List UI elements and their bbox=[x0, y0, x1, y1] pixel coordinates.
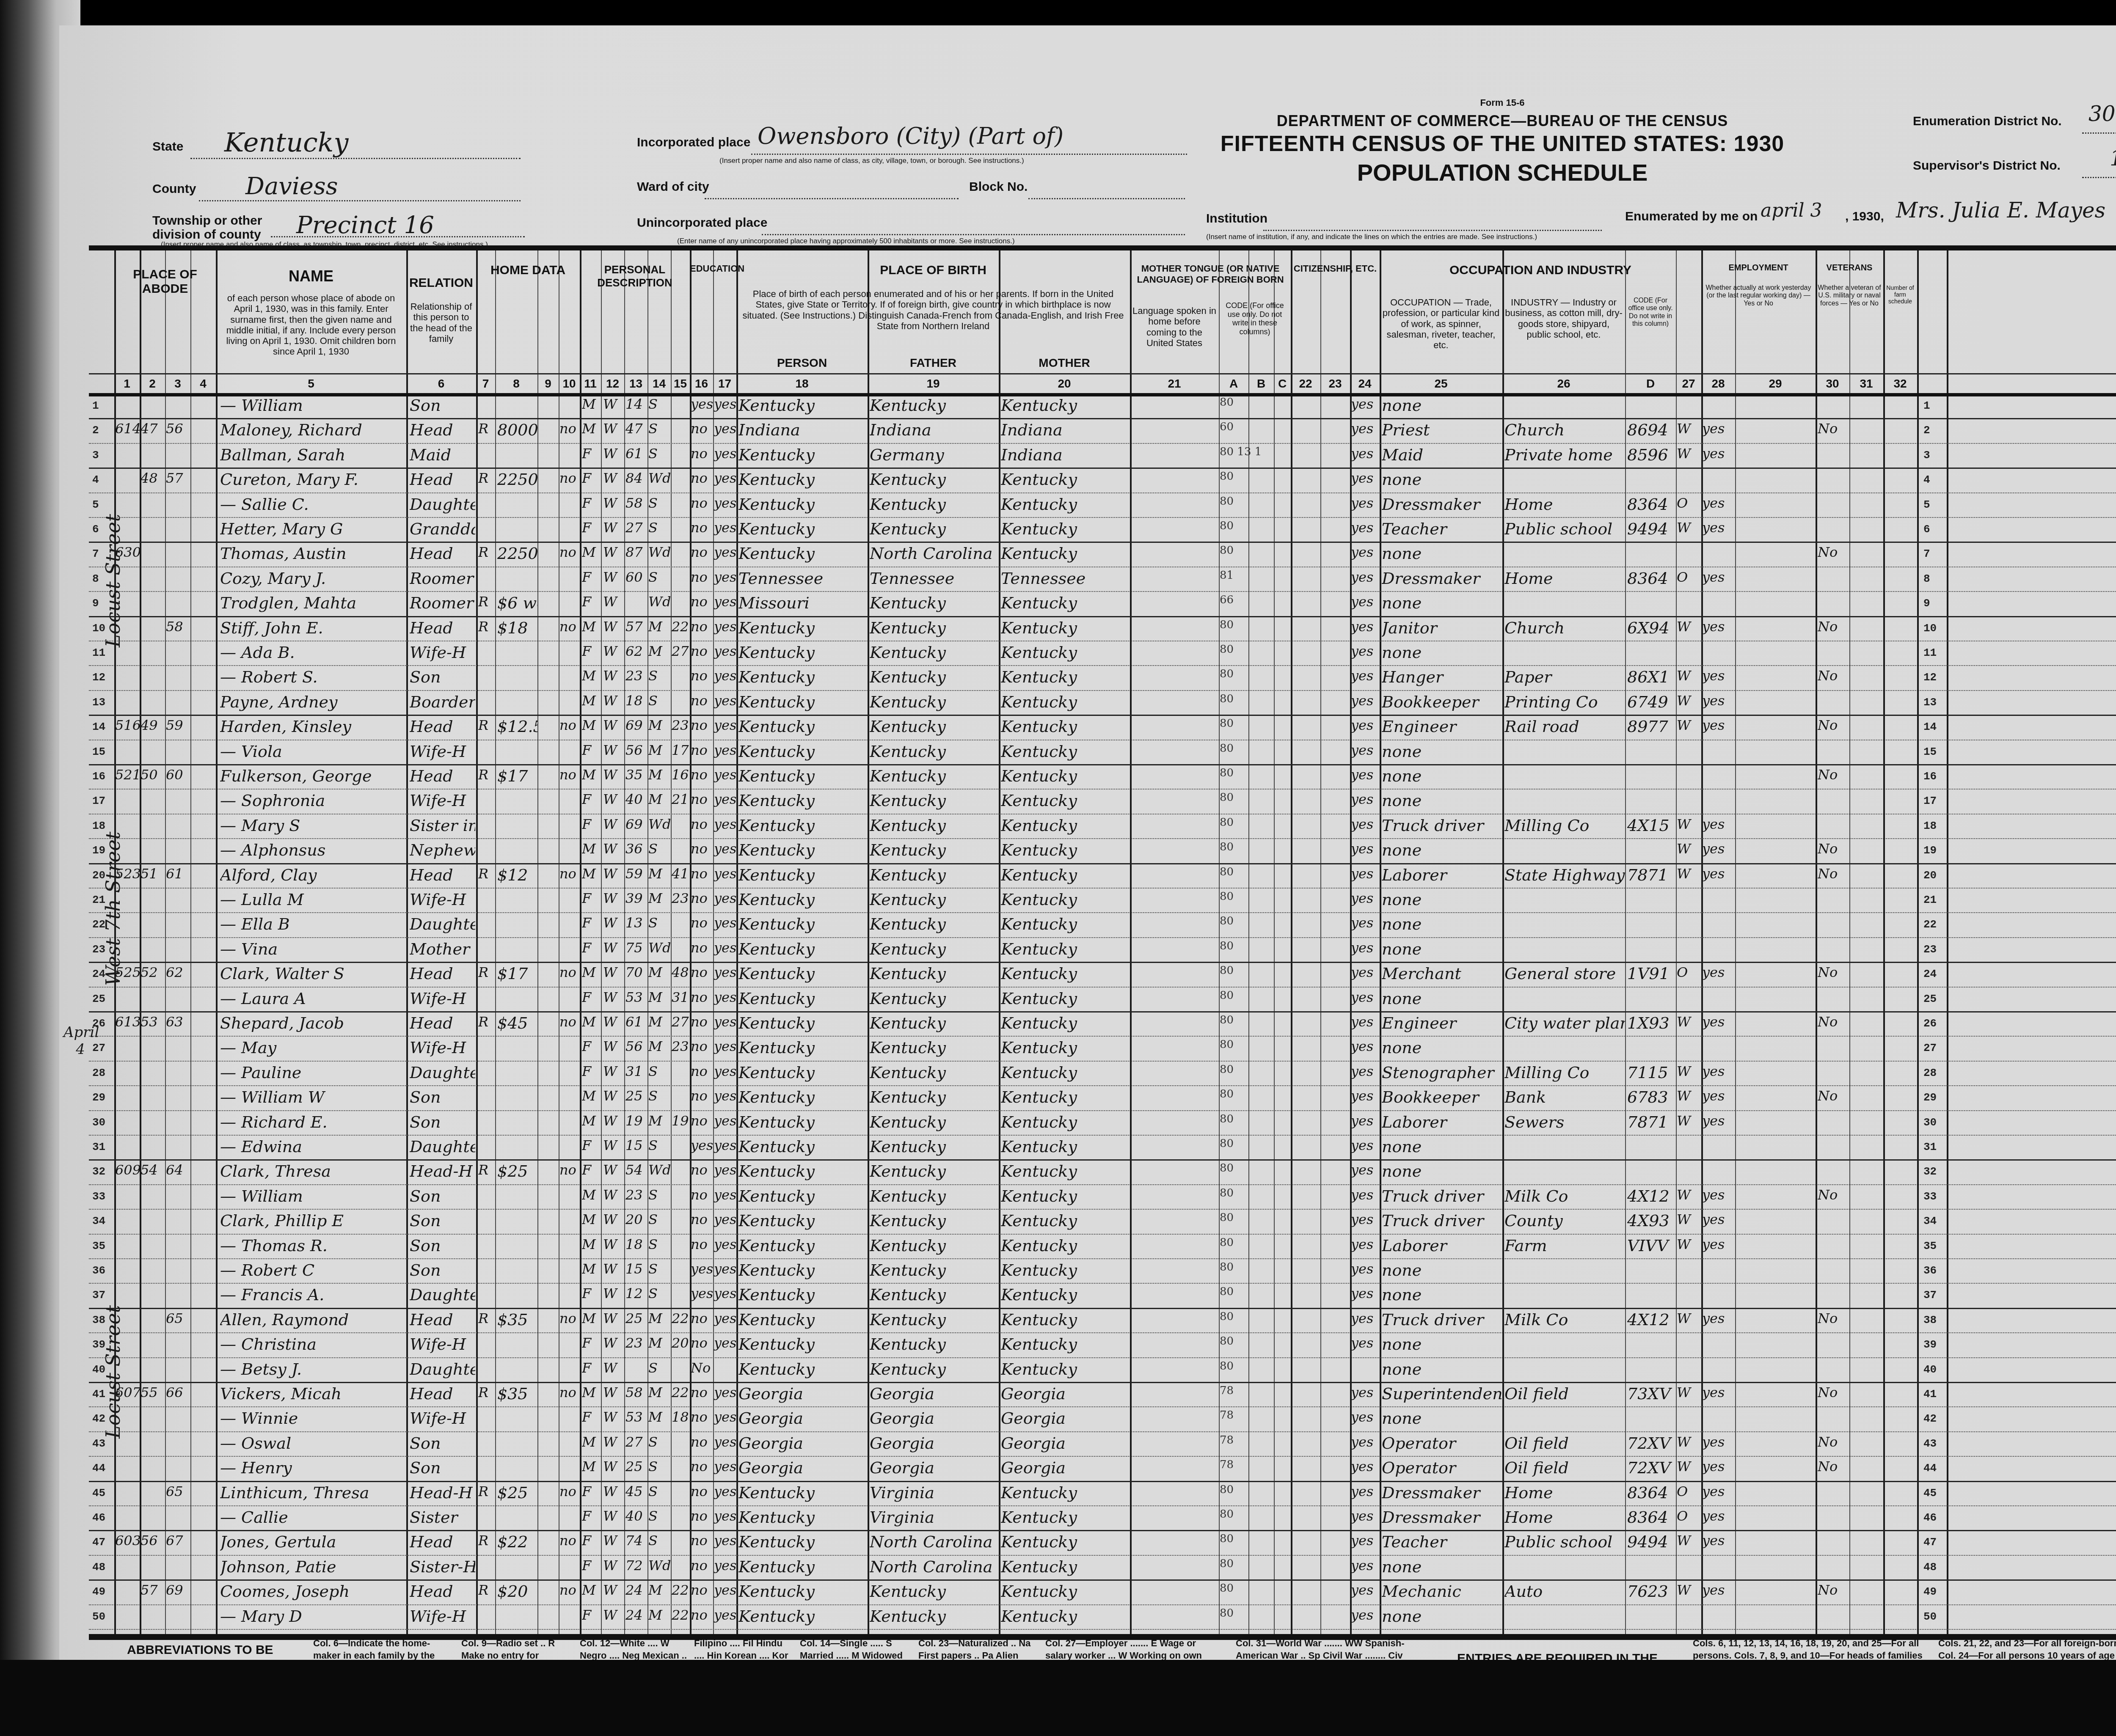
cell-own: R bbox=[478, 1384, 495, 1400]
cell-icode: 9494 bbox=[1627, 520, 1676, 538]
cell-bpm: Tennessee bbox=[1001, 569, 1130, 588]
cell-relation: Wife-H bbox=[410, 1607, 475, 1626]
cell-bpf: Georgia bbox=[870, 1409, 999, 1428]
col-num: 30 bbox=[1816, 377, 1849, 391]
cell-relation: Head bbox=[410, 717, 475, 736]
cell-school: no bbox=[691, 1310, 713, 1326]
cell-school: no bbox=[691, 742, 713, 758]
col-num: 5 bbox=[216, 377, 406, 391]
cell-code: 60 bbox=[1220, 421, 1287, 433]
cell-bpm: Kentucky bbox=[1001, 841, 1130, 859]
cell-marital: S bbox=[648, 1285, 670, 1301]
cell-marital: M bbox=[648, 1335, 670, 1351]
cell-family: 69 bbox=[166, 1582, 190, 1598]
cell-icode: 6X94 bbox=[1627, 619, 1676, 637]
cell-ind: Oil field bbox=[1504, 1384, 1625, 1403]
col-num: 11 bbox=[580, 377, 601, 391]
cell-english: yes bbox=[1351, 520, 1380, 536]
cell-family: 58 bbox=[166, 619, 190, 635]
cell-read: yes bbox=[714, 1162, 736, 1178]
cell-age: 58 bbox=[625, 1384, 647, 1400]
cell-bpf: Kentucky bbox=[870, 1335, 999, 1354]
line-number: 25 bbox=[92, 993, 105, 1005]
cell-occ: Truck driver bbox=[1382, 816, 1502, 835]
cell-own: R bbox=[478, 594, 495, 610]
cell-dwelling: 53 bbox=[141, 1014, 165, 1030]
cell-bp: Kentucky bbox=[738, 841, 868, 859]
col-num: 10 bbox=[559, 377, 580, 391]
header-person: PERSON bbox=[736, 356, 868, 370]
cell-school: no bbox=[691, 890, 713, 906]
cell-occ: Dressmaker bbox=[1382, 495, 1502, 514]
cell-english: yes bbox=[1351, 1088, 1380, 1104]
cell-bpf: Kentucky bbox=[870, 1211, 999, 1230]
cell-occ: Operator bbox=[1382, 1434, 1502, 1453]
cell-code: 80 bbox=[1220, 396, 1287, 409]
cell-bpf: Germany bbox=[870, 446, 999, 464]
cell-read: yes bbox=[714, 1532, 736, 1549]
cell-relation: Head bbox=[410, 544, 475, 563]
cell-ind: Private home bbox=[1504, 446, 1625, 464]
cell-read: yes bbox=[714, 989, 736, 1005]
line-number-right: 2 bbox=[1923, 424, 1930, 437]
cell-marital: Wd bbox=[648, 816, 670, 832]
cell-bpf: Kentucky bbox=[870, 841, 999, 859]
cell-relation: Head bbox=[410, 964, 475, 983]
col-num: 3 bbox=[165, 377, 190, 391]
cell-bpm: Kentucky bbox=[1001, 1360, 1130, 1378]
cell-occ: Truck driver bbox=[1382, 1211, 1502, 1230]
cell-race: W bbox=[603, 964, 624, 980]
street-note-locust-1: Locust Street bbox=[102, 514, 124, 647]
cell-read: yes bbox=[714, 396, 736, 412]
cell-work: yes bbox=[1702, 717, 1735, 733]
cell-farm: no bbox=[559, 767, 580, 783]
cell-read: yes bbox=[714, 1582, 736, 1598]
header-name: NAME bbox=[216, 267, 406, 285]
cell-marital: S bbox=[648, 1483, 670, 1499]
cell-school: no bbox=[691, 569, 713, 585]
cell-work: yes bbox=[1702, 1508, 1735, 1524]
cell-age: 25 bbox=[625, 1088, 647, 1104]
cell-work: yes bbox=[1702, 619, 1735, 635]
cell-english: yes bbox=[1351, 1137, 1380, 1153]
table-row: 16165215060Fulkerson, GeorgeHeadR$17noMW… bbox=[89, 764, 2116, 790]
cell-code: 80 bbox=[1220, 1236, 1287, 1249]
cell-relation: Head bbox=[410, 421, 475, 439]
cell-age: 14 bbox=[625, 396, 647, 412]
cell-value: 2250 bbox=[497, 470, 537, 489]
cell-vet: No bbox=[1818, 668, 1849, 684]
cell-cls: O bbox=[1677, 569, 1701, 585]
cell-name: Stiff, John E. bbox=[220, 619, 406, 637]
cell-read: yes bbox=[714, 1508, 736, 1524]
cell-bpm: Kentucky bbox=[1001, 767, 1130, 785]
cell-code: 80 bbox=[1220, 1335, 1287, 1348]
line-number-right: 38 bbox=[1923, 1314, 1937, 1326]
cell-school: no bbox=[691, 767, 713, 783]
cell-school: no bbox=[691, 1162, 713, 1178]
cell-school: yes bbox=[691, 1137, 713, 1153]
cell-bp: Kentucky bbox=[738, 619, 868, 637]
supervisor-label: Supervisor's District No. bbox=[1913, 159, 2061, 173]
cell-read: yes bbox=[714, 717, 736, 733]
cell-bp: Kentucky bbox=[738, 767, 868, 785]
cell-bpm: Georgia bbox=[1001, 1458, 1130, 1477]
cell-icode: 4X15 bbox=[1627, 816, 1676, 835]
cell-agem: 18 bbox=[672, 1409, 690, 1425]
cell-bp: Kentucky bbox=[738, 1088, 868, 1106]
cell-relation: Head bbox=[410, 1532, 475, 1551]
col-num: 29 bbox=[1735, 377, 1816, 391]
cell-race: W bbox=[603, 866, 624, 882]
cell-english: yes bbox=[1351, 1162, 1380, 1178]
cell-bp: Kentucky bbox=[738, 1335, 868, 1354]
cell-name: — Betsy J. bbox=[220, 1360, 406, 1378]
cell-bp: Georgia bbox=[738, 1384, 868, 1403]
cell-occ: Mechanic bbox=[1382, 1582, 1502, 1601]
cell-bp: Kentucky bbox=[738, 1483, 868, 1502]
cell-name: — Pauline bbox=[220, 1063, 406, 1082]
cell-name: — Christina bbox=[220, 1335, 406, 1354]
line-number-right: 40 bbox=[1923, 1363, 1937, 1376]
institution-note: (Insert name of institution, if any, and… bbox=[1206, 233, 1537, 241]
table-row: 2323— VinaMotherFW75WdnoyesKentuckyKentu… bbox=[89, 937, 2116, 963]
unincorporated-label: Unincorporated place bbox=[637, 216, 767, 230]
cell-farm: no bbox=[559, 717, 580, 733]
cell-read: yes bbox=[714, 668, 736, 684]
cell-relation: Son bbox=[410, 1211, 475, 1230]
cell-marital: Wd bbox=[648, 594, 670, 610]
cell-farm: no bbox=[559, 619, 580, 635]
cell-ind: Oil field bbox=[1504, 1458, 1625, 1477]
cell-read: yes bbox=[714, 1187, 736, 1203]
cell-icode: 6749 bbox=[1627, 693, 1676, 711]
table-row: 3434Clark, Phillip ESonMW20SnoyesKentuck… bbox=[89, 1209, 2116, 1234]
cell-school: no bbox=[691, 1088, 713, 1104]
cell-race: W bbox=[603, 767, 624, 783]
cell-marital: M bbox=[648, 1409, 670, 1425]
veteran-description: Whether a veteran of U.S. military or na… bbox=[1818, 284, 1881, 308]
cell-agem: 23 bbox=[672, 1038, 690, 1054]
cell-icode: 9494 bbox=[1627, 1532, 1676, 1551]
cell-bpf: North Carolina bbox=[870, 544, 999, 563]
col-num: 16 bbox=[690, 377, 713, 391]
cell-race: W bbox=[603, 619, 624, 635]
table-row: 1515— ViolaWife-HFW56M17noyesKentuckyKen… bbox=[89, 740, 2116, 765]
cell-name: Thomas, Austin bbox=[220, 544, 406, 563]
cell-read: yes bbox=[714, 1310, 736, 1326]
cell-name: — William bbox=[220, 1187, 406, 1205]
cell-relation: Son bbox=[410, 1113, 475, 1131]
cell-english: yes bbox=[1351, 1113, 1380, 1129]
cell-name: Cozy, Mary J. bbox=[220, 569, 406, 588]
cell-agem: 19 bbox=[672, 1113, 690, 1129]
cell-name: Payne, Ardney bbox=[220, 693, 406, 711]
cell-code: 78 bbox=[1220, 1458, 1287, 1471]
cell-read: yes bbox=[714, 1458, 736, 1475]
cell-occ: Laborer bbox=[1382, 866, 1502, 884]
cell-dwelling: 52 bbox=[141, 964, 165, 980]
ed-label: Enumeration District No. bbox=[1913, 114, 2062, 129]
line-number: 46 bbox=[92, 1511, 105, 1524]
cell-school: no bbox=[691, 915, 713, 931]
cell-name: Clark, Thresa bbox=[220, 1162, 406, 1180]
cell-read: yes bbox=[714, 1236, 736, 1252]
cell-occ: Truck driver bbox=[1382, 1310, 1502, 1329]
cell-school: yes bbox=[691, 1285, 713, 1301]
cell-own: R bbox=[478, 619, 495, 635]
cell-bpm: Georgia bbox=[1001, 1384, 1130, 1403]
cell-ind: Home bbox=[1504, 495, 1625, 514]
col-num: 2 bbox=[140, 377, 165, 391]
cell-icode: 7871 bbox=[1627, 1113, 1676, 1131]
cell-marital: M bbox=[648, 619, 670, 635]
cell-age: 18 bbox=[625, 1236, 647, 1252]
cell-age: 39 bbox=[625, 890, 647, 906]
cell-marital: S bbox=[648, 421, 670, 437]
cell-cls: W bbox=[1677, 1187, 1701, 1203]
table-row: 226144756Maloney, RichardHeadR8000noMW47… bbox=[89, 418, 2116, 443]
state-label: State bbox=[152, 140, 183, 154]
cell-sex: M bbox=[582, 866, 601, 882]
line-number-right: 31 bbox=[1923, 1141, 1937, 1153]
line-number: 2 bbox=[92, 424, 99, 437]
cell-agem: 22 bbox=[672, 619, 690, 635]
cell-bpf: Kentucky bbox=[870, 866, 999, 884]
cell-marital: S bbox=[648, 1261, 670, 1277]
cell-bpm: Kentucky bbox=[1001, 643, 1130, 662]
cell-bp: Kentucky bbox=[738, 717, 868, 736]
cell-marital: S bbox=[648, 1236, 670, 1252]
cell-own: R bbox=[478, 1310, 495, 1326]
header-veterans: VETERANS bbox=[1816, 263, 1883, 273]
line-number-right: 50 bbox=[1923, 1610, 1937, 1623]
institution-label: Institution bbox=[1206, 212, 1267, 226]
cell-sex: M bbox=[582, 544, 601, 560]
cell-marital: S bbox=[648, 1088, 670, 1104]
cell-school: no bbox=[691, 594, 713, 610]
cell-race: W bbox=[603, 1261, 624, 1277]
cell-age: 40 bbox=[625, 791, 647, 807]
cell-name: Hetter, Mary G bbox=[220, 520, 406, 538]
cell-sex: M bbox=[582, 1582, 601, 1598]
line-number: 33 bbox=[92, 1190, 105, 1203]
cell-code: 80 bbox=[1220, 1261, 1287, 1274]
cell-name: — William bbox=[220, 396, 406, 415]
cell-marital: M bbox=[648, 866, 670, 882]
cell-name: — Oswal bbox=[220, 1434, 406, 1453]
cell-occ: Bookkeeper bbox=[1382, 1088, 1502, 1106]
cell-marital: M bbox=[648, 1038, 670, 1054]
cell-vet: No bbox=[1818, 544, 1849, 560]
cell-code: 80 bbox=[1220, 1557, 1287, 1570]
table-row: 66Hetter, Mary GGranddaughterFW27SnoyesK… bbox=[89, 517, 2116, 543]
col-num: 28 bbox=[1701, 377, 1735, 391]
cell-name: Linthicum, Thresa bbox=[220, 1483, 406, 1502]
cell-bpf: Kentucky bbox=[870, 717, 999, 736]
cell-sex: M bbox=[582, 693, 601, 709]
cell-cls: W bbox=[1677, 520, 1701, 536]
cell-bpf: Kentucky bbox=[870, 940, 999, 958]
cell-code: 80 bbox=[1220, 1137, 1287, 1150]
cell-school: no bbox=[691, 989, 713, 1005]
header-mother-tongue: MOTHER TONGUE (OR NATIVE LANGUAGE) OF FO… bbox=[1130, 263, 1291, 285]
cell-race: W bbox=[603, 816, 624, 832]
cell-ind: Home bbox=[1504, 1508, 1625, 1527]
table-row: 1919— AlphonsusNephewMW36SnoyesKentuckyK… bbox=[89, 838, 2116, 864]
cell-sex: M bbox=[582, 1211, 601, 1227]
cell-ind: Paper bbox=[1504, 668, 1625, 686]
cell-race: W bbox=[603, 643, 624, 659]
cell-read: yes bbox=[714, 1409, 736, 1425]
cell-name: Trodglen, Mahta bbox=[220, 594, 406, 612]
cell-age: 45 bbox=[625, 1483, 647, 1499]
cell-code: 80 bbox=[1220, 1187, 1287, 1200]
cell-bpm: Kentucky bbox=[1001, 1508, 1130, 1527]
cell-vet: No bbox=[1818, 1310, 1849, 1326]
cell-ind: State Highway bbox=[1504, 866, 1625, 884]
cell-code: 81 bbox=[1220, 569, 1287, 582]
cell-race: W bbox=[603, 1236, 624, 1252]
cell-bpf: Kentucky bbox=[870, 520, 999, 538]
cell-bpf: Kentucky bbox=[870, 1038, 999, 1057]
cell-relation: Roomer bbox=[410, 594, 475, 612]
cell-marital: M bbox=[648, 643, 670, 659]
cell-read: yes bbox=[714, 495, 736, 511]
cell-bp: Kentucky bbox=[738, 1187, 868, 1205]
header-mother: MOTHER bbox=[999, 356, 1130, 370]
cell-race: W bbox=[603, 1063, 624, 1079]
cell-bpf: Kentucky bbox=[870, 1137, 999, 1156]
cell-name: Shepard, Jacob bbox=[220, 1014, 406, 1032]
table-row: 454565Linthicum, ThresaHead-HR$25noFW45S… bbox=[89, 1481, 2116, 1506]
line-number: 7 bbox=[92, 547, 99, 560]
cell-code: 80 bbox=[1220, 643, 1287, 656]
cell-name: Fulkerson, George bbox=[220, 767, 406, 785]
cell-relation: Wife-H bbox=[410, 791, 475, 810]
cell-age: 58 bbox=[625, 495, 647, 511]
line-number-right: 41 bbox=[1923, 1388, 1937, 1400]
cell-english: yes bbox=[1351, 1409, 1380, 1425]
cell-icode: 6783 bbox=[1627, 1088, 1676, 1106]
table-row: 4040— Betsy J.DaughterFWSNoKentuckyKentu… bbox=[89, 1357, 2116, 1383]
cell-marital: Wd bbox=[648, 1557, 670, 1574]
line-number: 36 bbox=[92, 1264, 105, 1277]
cell-work: yes bbox=[1702, 1211, 1735, 1227]
cell-occ: none bbox=[1382, 1335, 1502, 1354]
cell-bpf: Kentucky bbox=[870, 1261, 999, 1279]
cell-sex: M bbox=[582, 1310, 601, 1326]
line-number: 35 bbox=[92, 1240, 105, 1252]
cell-marital: S bbox=[648, 396, 670, 412]
cell-vet: No bbox=[1818, 717, 1849, 733]
cell-read: yes bbox=[714, 1434, 736, 1450]
cell-code: 78 bbox=[1220, 1409, 1287, 1422]
cell-vet: No bbox=[1818, 421, 1849, 437]
cell-age: 72 bbox=[625, 1557, 647, 1574]
cell-bpm: Kentucky bbox=[1001, 1014, 1130, 1032]
cell-farm: no bbox=[559, 1483, 580, 1499]
cell-code: 80 bbox=[1220, 915, 1287, 927]
cell-occ: Priest bbox=[1382, 421, 1502, 439]
cell-occ: none bbox=[1382, 1285, 1502, 1304]
cell-english: yes bbox=[1351, 1187, 1380, 1203]
cell-sex: F bbox=[582, 915, 601, 931]
table-row: 3737— Francis A.DaughterFW12SyesyesKentu… bbox=[89, 1283, 2116, 1309]
line-number: 13 bbox=[92, 696, 105, 709]
cell-bpf: Virginia bbox=[870, 1508, 999, 1527]
line-number-right: 5 bbox=[1923, 498, 1930, 511]
cell-bp: Kentucky bbox=[738, 544, 868, 563]
cell-age: 53 bbox=[625, 989, 647, 1005]
cell-work: yes bbox=[1702, 520, 1735, 536]
cell-english: yes bbox=[1351, 421, 1380, 437]
cell-name: — Alphonsus bbox=[220, 841, 406, 859]
cell-code: 80 bbox=[1220, 989, 1287, 1002]
cell-school: no bbox=[691, 1038, 713, 1054]
line-number-right: 13 bbox=[1923, 696, 1937, 709]
cell-occ: none bbox=[1382, 1261, 1502, 1279]
cell-name: — Robert C bbox=[220, 1261, 406, 1279]
line-number: 17 bbox=[92, 795, 105, 807]
cell-school: no bbox=[691, 1113, 713, 1129]
cell-icode: 86X1 bbox=[1627, 668, 1676, 686]
cell-bpm: Indiana bbox=[1001, 446, 1130, 464]
cell-code: 80 bbox=[1220, 1088, 1287, 1100]
table-row: 1818— Mary SSister in lawFW69WdnoyesKent… bbox=[89, 814, 2116, 839]
cell-code: 80 bbox=[1220, 717, 1287, 730]
cell-age: 18 bbox=[625, 693, 647, 709]
cell-farm: no bbox=[559, 470, 580, 486]
cell-read: yes bbox=[714, 1285, 736, 1301]
cell-own: R bbox=[478, 866, 495, 882]
col-num: 4 bbox=[190, 377, 216, 391]
cell-cls: W bbox=[1677, 421, 1701, 437]
cell-relation: Sister-H bbox=[410, 1557, 475, 1576]
cell-occ: none bbox=[1382, 989, 1502, 1008]
cell-marital: S bbox=[648, 569, 670, 585]
cell-value: $17 bbox=[497, 964, 537, 983]
cell-cls: W bbox=[1677, 1014, 1701, 1030]
cell-agem: 16 bbox=[672, 767, 690, 783]
cell-icode: 4X12 bbox=[1627, 1187, 1676, 1205]
cell-english: yes bbox=[1351, 396, 1380, 412]
cell-sex: F bbox=[582, 1483, 601, 1499]
cell-own: R bbox=[478, 470, 495, 486]
cell-sex: F bbox=[582, 890, 601, 906]
cell-family: 64 bbox=[166, 1162, 190, 1178]
col-num: 20 bbox=[999, 377, 1130, 391]
cell-value: $12 bbox=[497, 866, 537, 884]
cell-cls: O bbox=[1677, 495, 1701, 511]
cell-vet: No bbox=[1818, 767, 1849, 783]
cell-sex: M bbox=[582, 1014, 601, 1030]
cell-name: — Robert S. bbox=[220, 668, 406, 686]
line-number-right: 44 bbox=[1923, 1462, 1937, 1475]
cell-cls: W bbox=[1677, 1113, 1701, 1129]
cell-marital: M bbox=[648, 791, 670, 807]
cell-age: 56 bbox=[625, 742, 647, 758]
cell-code: 66 bbox=[1220, 594, 1287, 606]
cell-agem: 22 bbox=[672, 1582, 690, 1598]
cell-school: no bbox=[691, 1532, 713, 1549]
cell-value: $17 bbox=[497, 767, 537, 785]
cell-english: yes bbox=[1351, 742, 1380, 758]
table-row: 33Ballman, SarahMaidFW61SnoyesKentuckyGe… bbox=[89, 443, 2116, 469]
cell-age: 12 bbox=[625, 1285, 647, 1301]
cell-house: 521 bbox=[115, 767, 140, 783]
